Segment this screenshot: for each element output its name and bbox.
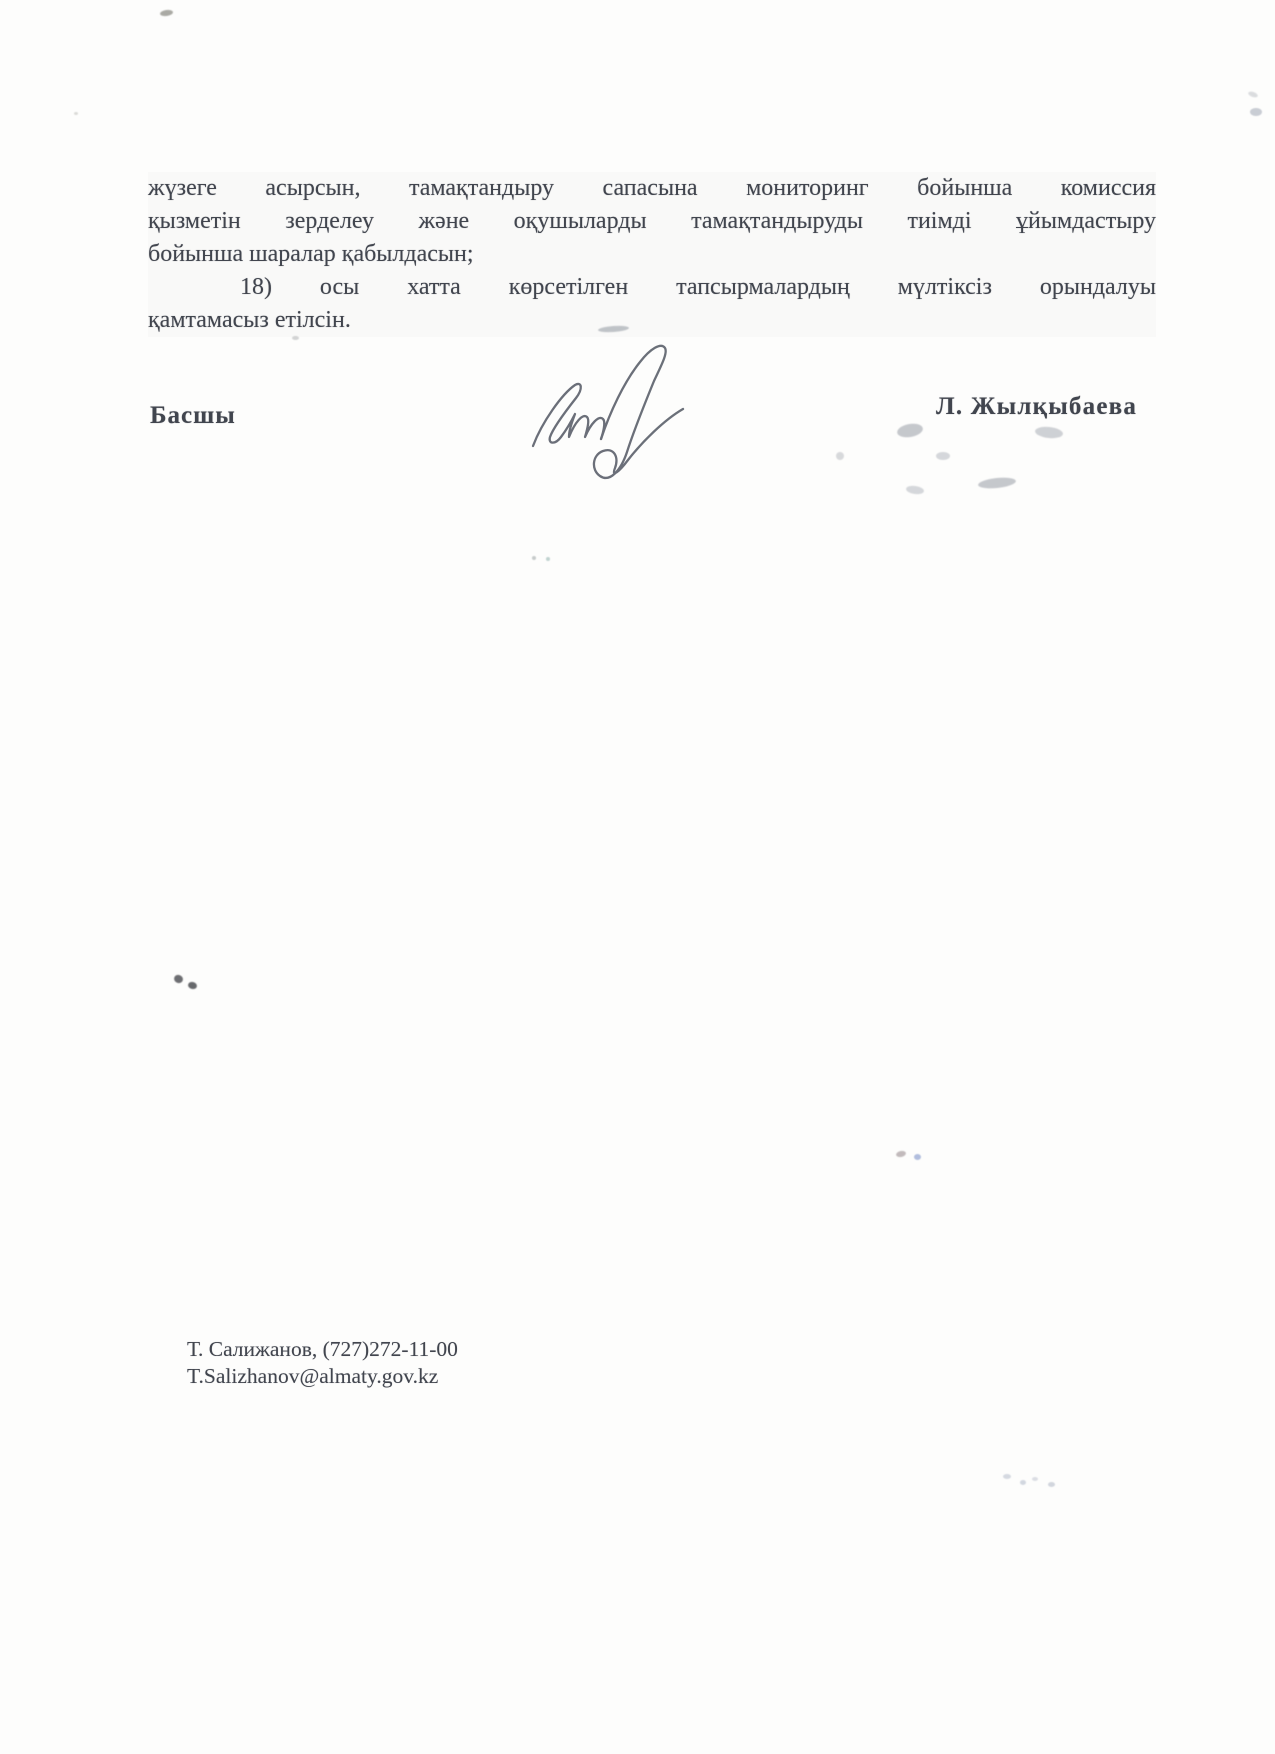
scan-speck: [914, 1154, 921, 1160]
body-line: қамтамасыз етілсін.: [148, 304, 1156, 337]
scan-speck: [936, 452, 950, 460]
scan-speck: [895, 1150, 906, 1158]
scan-speck: [836, 452, 844, 460]
scan-speck: [1020, 1480, 1026, 1485]
signer-name: Л. Жылқыбаева: [936, 393, 1137, 421]
body-line: жүзеге асырсын, тамақтандыру сапасына мо…: [148, 172, 1156, 205]
body-line: қызметін зерделеу және оқушыларды тамақт…: [148, 205, 1156, 238]
scan-speck: [1032, 1477, 1038, 1481]
scanned-letter-page: жүзеге асырсын, тамақтандыру сапасына мо…: [0, 0, 1275, 1754]
scan-speck: [546, 557, 550, 561]
signature-stroke-right: [594, 346, 683, 478]
scan-speck: [160, 9, 174, 17]
scan-speck: [1003, 1474, 1011, 1479]
executor-contact-block: Т. Салижанов, (727)272-11-00 T.Salizhano…: [187, 1336, 458, 1389]
scan-speck: [1048, 1482, 1055, 1487]
body-line: 18) осы хатта көрсетілген тапсырмалардың…: [148, 271, 1156, 304]
scan-speck: [1035, 426, 1064, 440]
body-line: бойынша шаралар қабылдасын;: [148, 238, 1156, 271]
scan-speck: [1250, 108, 1262, 116]
scan-speck: [292, 336, 299, 340]
handwritten-signature: [520, 336, 700, 491]
scan-speck: [978, 476, 1017, 490]
scan-speck: [906, 485, 925, 495]
executor-name-phone: Т. Салижанов, (727)272-11-00: [187, 1336, 458, 1363]
scan-speck: [187, 981, 198, 990]
executor-email: T.Salizhanov@almaty.gov.kz: [187, 1363, 458, 1390]
scan-speck: [896, 422, 924, 439]
scan-speck: [532, 556, 536, 560]
scan-speck: [173, 973, 185, 984]
signature-stroke-left: [533, 384, 604, 446]
letter-body: жүзеге асырсын, тамақтандыру сапасына мо…: [148, 172, 1156, 337]
scan-speck: [74, 112, 78, 115]
scan-speck: [1247, 90, 1258, 98]
signer-title: Басшы: [150, 402, 236, 430]
